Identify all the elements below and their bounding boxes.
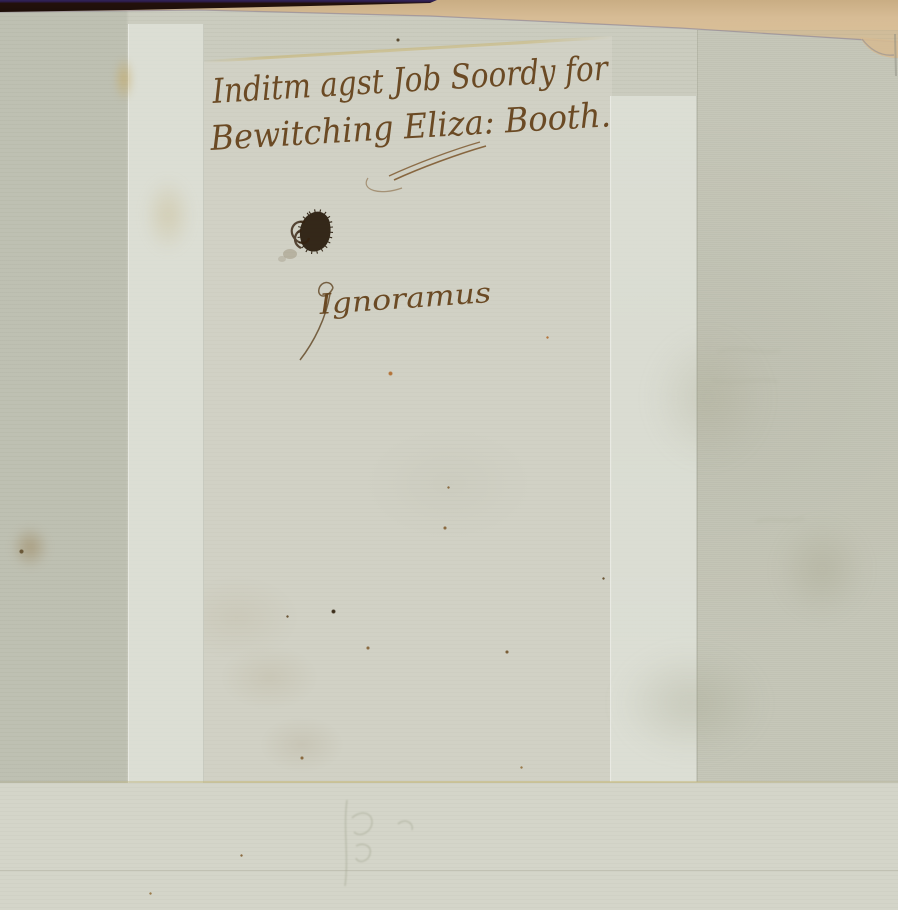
underline-flourish (366, 142, 486, 192)
paper-top-edge-line (0, 10, 898, 42)
ignoramus-verdict-text: Ignoramus (317, 276, 492, 321)
ghost-writing-right (712, 349, 804, 522)
ink-blot (278, 212, 331, 262)
right-edge-sliver (895, 34, 896, 76)
ink-layer: Inditm agst Job Soordy for Bewitching El… (0, 0, 898, 910)
ghost-writing-bottom (345, 800, 412, 886)
ignoramus-initial-flourish (300, 282, 333, 360)
manuscript-photograph: Inditm agst Job Soordy for Bewitching El… (0, 0, 898, 910)
